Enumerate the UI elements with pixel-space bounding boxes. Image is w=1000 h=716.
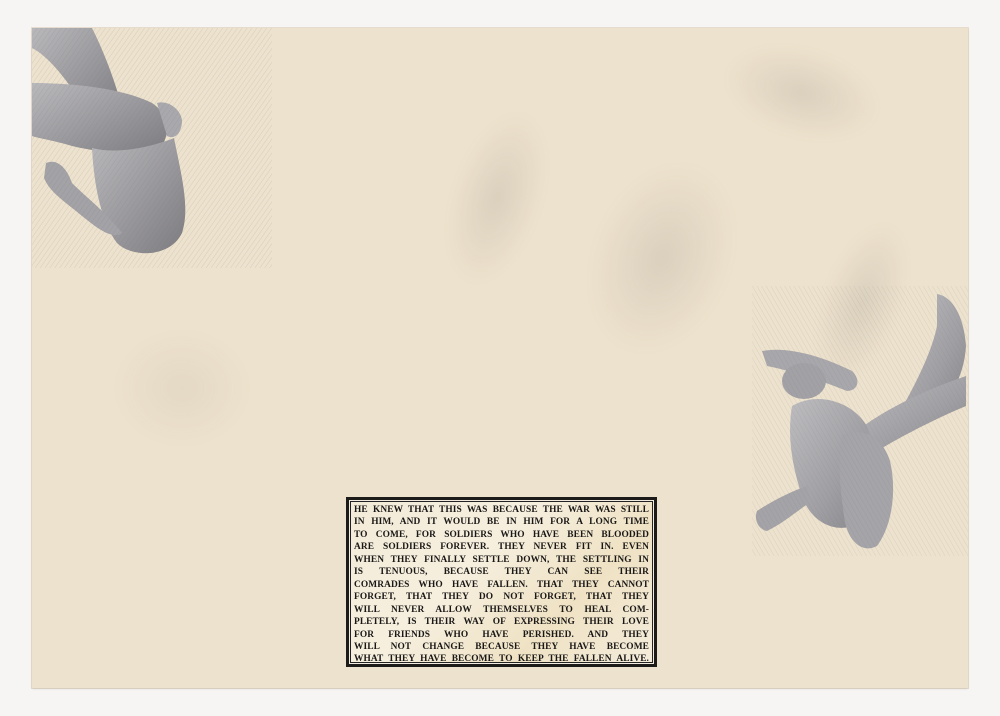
falling-figure-top-left xyxy=(32,28,272,268)
quote-line: FOR FRIENDS WHO HAVE PERISHED. AND THEY xyxy=(354,629,649,641)
quote-text-panel: HE KNEW THAT THIS WAS BECAUSE THE WAR WA… xyxy=(346,497,657,667)
graphite-smudge xyxy=(112,328,252,448)
graphite-smudge xyxy=(560,139,765,377)
quote-line: COMRADES WHO HAVE FALLEN. THAT THEY CANN… xyxy=(354,579,649,591)
quote-panel-body: HE KNEW THAT THIS WAS BECAUSE THE WAR WA… xyxy=(350,501,653,663)
quote-line: WILL NOT CHANGE BECAUSE THEY HAVE BECOME xyxy=(354,641,649,653)
quote-line: ARE SOLDIERS FOREVER. THEY NEVER FIT IN.… xyxy=(354,541,649,553)
quote-line: FORGET, THAT THEY DO NOT FORGET, THAT TH… xyxy=(354,591,649,603)
quote-line: IN HIM, AND IT WOULD BE IN HIM FOR A LON… xyxy=(354,516,649,528)
quote-line: WHEN THEY FINALLY SETTLE DOWN, THE SETTL… xyxy=(354,554,649,566)
quote-line: WHAT THEY HAVE BECOME TO KEEP THE FALLEN… xyxy=(354,653,649,665)
quote-panel-border-gap: HE KNEW THAT THIS WAS BECAUSE THE WAR WA… xyxy=(349,500,654,664)
quote-line: TO COME, FOR SOLDIERS WHO HAVE BEEN BLOO… xyxy=(354,529,649,541)
quote-line: IS TENUOUS, BECAUSE THEY CAN SEE THEIR xyxy=(354,566,649,578)
paper-sheet: HE KNEW THAT THIS WAS BECAUSE THE WAR WA… xyxy=(32,28,968,688)
quote-line: HE KNEW THAT THIS WAS BECAUSE THE WAR WA… xyxy=(354,504,649,516)
quote-line: PLETELY, IS THEIR WAY OF EXPRESSING THEI… xyxy=(354,616,649,628)
quote-line: WILL NEVER ALLOW THEMSELVES TO HEAL COM- xyxy=(354,604,649,616)
falling-figure-right xyxy=(752,286,968,556)
graphite-smudge xyxy=(426,98,567,297)
graphite-smudge xyxy=(713,29,891,157)
